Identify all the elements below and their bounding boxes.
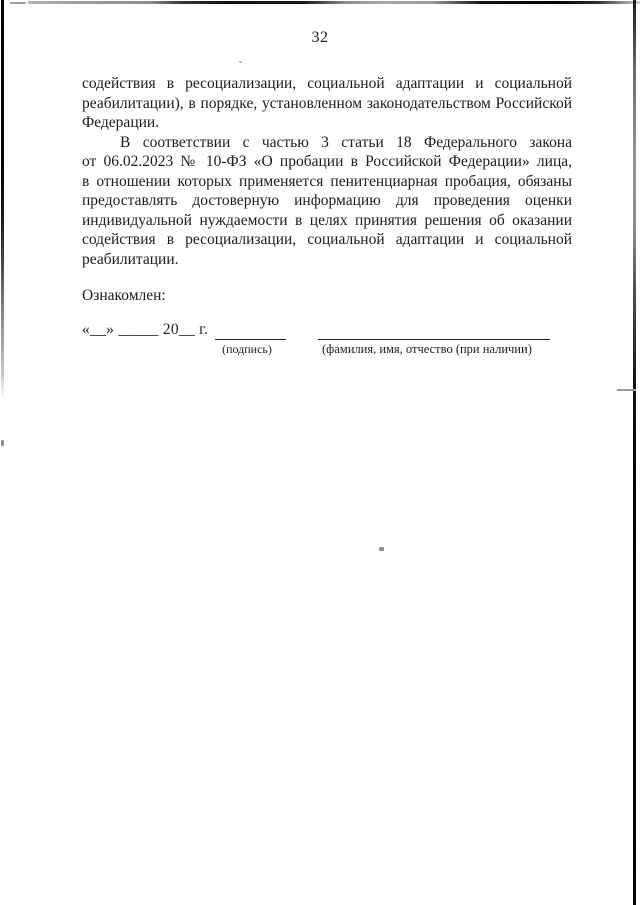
paragraph-line: индивидуальной нуждаемости в целях приня…	[82, 211, 572, 231]
paragraph-line: В соответствии с частью 3 статьи 18 Феде…	[82, 133, 572, 153]
scanned-document-page: 32 содействия в ресоциализации, социальн…	[0, 0, 640, 905]
paragraph-line: реабилитации), в порядке, установленном …	[82, 94, 572, 114]
paragraph-line: содействия в ресоциализации, социальной …	[82, 230, 572, 250]
scan-speck	[379, 547, 384, 551]
signature-block: «__» _____ 20__ г. (подпись) (фамилия, и…	[82, 321, 572, 366]
paragraph-line: содействия в ресоциализации, социальной …	[82, 74, 572, 94]
full-name-fill-in-line	[318, 323, 550, 340]
scan-artifact-right-edge	[633, 0, 636, 905]
signature-fill-in-line	[215, 323, 286, 340]
scan-speck	[239, 61, 242, 63]
paragraph-line: предоставлять достоверную информацию для…	[82, 191, 572, 211]
paragraph-line: реабилитации.	[82, 250, 572, 270]
date-fill-in-blank: «__» _____ 20__ г.	[82, 321, 208, 339]
page-number: 32	[0, 29, 640, 47]
acknowledged-label: Ознакомлен:	[82, 287, 166, 305]
signature-caption: (подпись)	[206, 342, 288, 357]
paragraph-line: от 06.02.2023 № 10-ФЗ «О пробации в Росс…	[82, 152, 572, 172]
paragraph-line: в отношении которых применяется пенитенц…	[82, 172, 572, 192]
scan-speck	[1, 440, 4, 446]
paragraph-line: Федерации.	[82, 113, 572, 133]
scan-artifact-right-tick	[617, 389, 636, 391]
scan-artifact-left-edge	[1, 0, 4, 400]
scan-artifact-top-edge	[28, 1, 640, 4]
document-body: содействия в ресоциализации, социальной …	[82, 74, 572, 269]
scan-artifact-top-dash	[10, 2, 26, 4]
full-name-caption: (фамилия, имя, отчество (при наличии)	[322, 342, 532, 357]
